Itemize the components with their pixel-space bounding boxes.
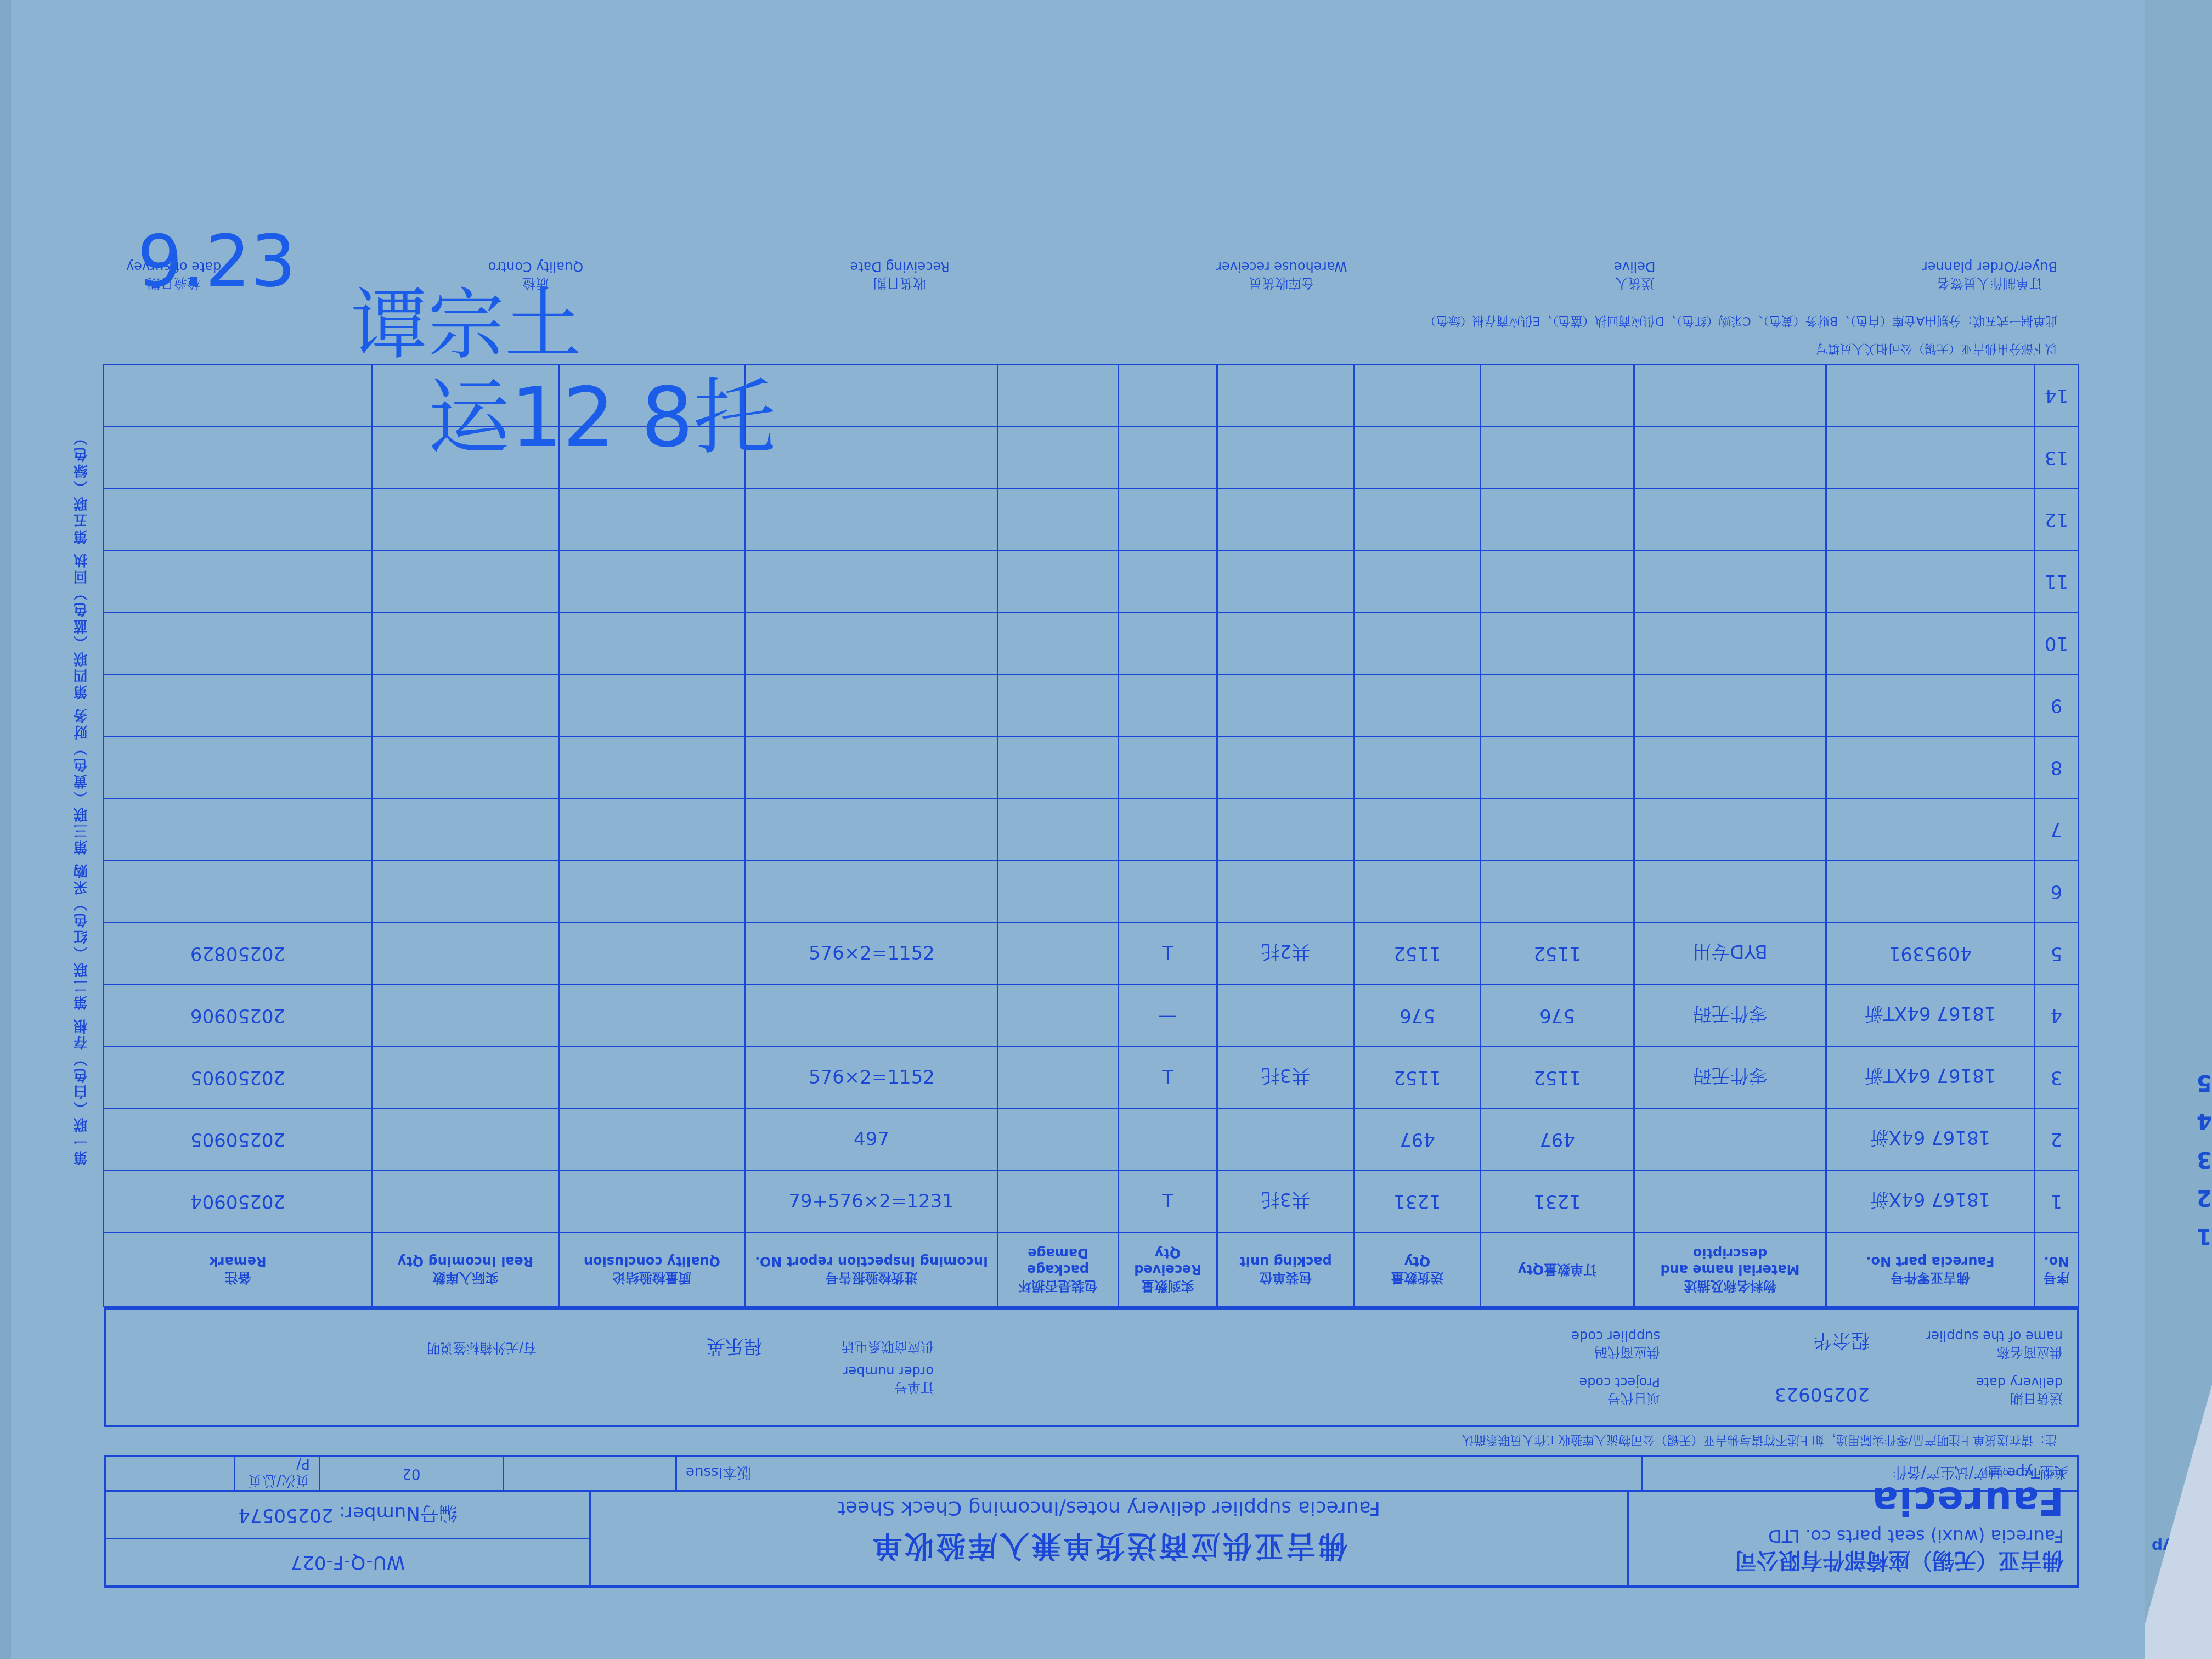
signature-field: 仓库收货员Warehouse receiver	[1216, 258, 1347, 291]
cell-desc: BYD专用	[1634, 923, 1826, 985]
col-damage: 包装是否损坏package Damage	[998, 1233, 1119, 1307]
cell-desc	[1634, 861, 1826, 923]
outer-label-block: 有/无外箱标签说明	[106, 1310, 551, 1425]
cell-order-qty	[1481, 365, 1634, 427]
cell-damage	[998, 737, 1119, 799]
cell-received	[1119, 613, 1217, 675]
cell-quality	[559, 799, 746, 861]
cell-remark: 20250906	[104, 985, 373, 1047]
cell-qty: 1152	[1355, 923, 1481, 985]
cell-remark	[104, 551, 373, 613]
cell-quality	[559, 489, 746, 551]
cell-remark: 20250905	[104, 1109, 373, 1171]
cell-damage	[998, 1047, 1119, 1109]
cell-quality	[559, 613, 746, 675]
cell-unit	[1217, 675, 1355, 737]
cell-real-qty	[373, 985, 559, 1047]
table-row: 13	[104, 427, 2079, 489]
cell-real-qty	[373, 675, 559, 737]
table-row: 6	[104, 861, 2079, 923]
cell-unit	[1217, 551, 1355, 613]
second-sheet-row-number: 2	[2197, 1185, 2212, 1210]
cell-real-qty	[373, 1047, 559, 1109]
cell-report: 576×2=1152	[746, 1047, 998, 1109]
cell-qty	[1355, 551, 1481, 613]
cell-desc	[1634, 1109, 1826, 1171]
cell-desc	[1634, 675, 1826, 737]
cell-quality	[559, 985, 746, 1047]
cell-report	[746, 551, 998, 613]
col-qty: 送货数量Qty	[1355, 1233, 1481, 1307]
handwritten-date: 9.23	[137, 219, 296, 303]
second-sheet-row-number: 1	[2197, 1223, 2212, 1249]
project-code-block: 项目代号 Project code 供应商代码 supplier code	[1404, 1310, 1674, 1425]
cell-remark: 20250904	[104, 1171, 373, 1233]
title-block: 佛吉亚供应商送货单兼入库验收单 Faurecia supplier delive…	[589, 1492, 1627, 1585]
cell-unit: 共3托	[1217, 1171, 1355, 1233]
outer-label-note: 有/无外箱标签说明	[121, 1340, 537, 1356]
cell-quality	[559, 675, 746, 737]
cell-order-qty: 497	[1481, 1109, 1634, 1171]
cell-order-qty	[1481, 427, 1634, 489]
cell-unit	[1217, 985, 1355, 1047]
cell-desc: 零件无碍	[1634, 1047, 1826, 1109]
cell-real-qty	[373, 1171, 559, 1233]
cell-remark: 20250829	[104, 923, 373, 985]
cell-remark	[104, 861, 373, 923]
version-label: 版本Issue	[675, 1457, 1641, 1490]
cell-no: 6	[2035, 861, 2079, 923]
col-packing-unit: 包装单位packing unit	[1217, 1233, 1355, 1307]
cell-order-qty: 1152	[1481, 923, 1634, 985]
cell-damage	[998, 861, 1119, 923]
col-no: 序号No.	[2035, 1233, 2079, 1307]
cell-qty: 497	[1355, 1109, 1481, 1171]
cell-part	[1826, 675, 2035, 737]
cell-part	[1826, 365, 2035, 427]
handwritten-signature: 谭宗土	[351, 263, 582, 374]
cell-real-qty	[373, 1109, 559, 1171]
cell-received	[1119, 427, 1217, 489]
items-table: 序号No. 佛吉亚零件号Faurecia part No. 物料名称及描述Mat…	[103, 364, 2079, 1307]
cell-received: T	[1119, 923, 1217, 985]
cell-unit: 共2托	[1217, 923, 1355, 985]
cell-qty	[1355, 799, 1481, 861]
cell-report: 497	[746, 1109, 998, 1171]
col-report: 进货检验报告号Incoming Inspection report NO.	[746, 1233, 998, 1307]
table-row: 10	[104, 613, 2079, 675]
table-header-row: 序号No. 佛吉亚零件号Faurecia part No. 物料名称及描述Mat…	[104, 1233, 2079, 1307]
supplier-contact-value: 程乐英	[565, 1335, 763, 1362]
cell-report	[746, 985, 998, 1047]
cell-received	[1119, 551, 1217, 613]
cell-damage	[998, 365, 1119, 427]
cell-damage	[998, 613, 1119, 675]
cell-qty	[1355, 365, 1481, 427]
cell-unit	[1217, 1109, 1355, 1171]
cell-qty: 1152	[1355, 1047, 1481, 1109]
cell-real-qty	[373, 861, 559, 923]
delivery-note-paper: 佛吉亚（无锡）座椅部件有限公司 Faurecia (wuxi) seat par…	[11, 0, 2145, 1659]
cell-quality	[559, 861, 746, 923]
cell-unit	[1217, 861, 1355, 923]
cell-received	[1119, 1109, 1217, 1171]
company-name-en: Faurecia (wuxi) seat parts co. LTD	[1642, 1526, 2064, 1547]
cell-part	[1826, 613, 2035, 675]
cell-report	[746, 427, 998, 489]
cell-damage	[998, 923, 1119, 985]
cell-remark	[104, 365, 373, 427]
cell-desc	[1634, 737, 1826, 799]
table-row: 7	[104, 799, 2079, 861]
cell-quality	[559, 1171, 746, 1233]
cell-damage	[998, 1171, 1119, 1233]
cell-damage	[998, 799, 1119, 861]
cell-qty: 576	[1355, 985, 1481, 1047]
supplier-contact-block: 程乐英	[551, 1310, 777, 1425]
cell-damage	[998, 985, 1119, 1047]
cell-qty	[1355, 675, 1481, 737]
cell-order-qty	[1481, 489, 1634, 551]
cell-no: 8	[2035, 737, 2079, 799]
cell-part: 18167 64XT新	[1826, 985, 2035, 1047]
cell-qty	[1355, 489, 1481, 551]
top-note: 注：请在送货单上注明产品/零件实际用途，如上述不符请与佛吉亚（无锡）公司物流入库…	[104, 1427, 2079, 1455]
page-title-en: Faurecia supplier delivery notes/Incomin…	[591, 1497, 1627, 1519]
table-row: 54095391BYD专用11521152共2托T576×2=115220250…	[104, 923, 2079, 985]
table-row: 14	[104, 365, 2079, 427]
delivery-date-block: 20250923 程余华	[1674, 1310, 1884, 1425]
cell-real-qty	[373, 737, 559, 799]
cell-desc	[1634, 799, 1826, 861]
cell-unit	[1217, 365, 1355, 427]
table-row: 218167 64X新49749749720250905	[104, 1109, 2079, 1171]
cell-order-qty	[1481, 551, 1634, 613]
cell-report	[746, 613, 998, 675]
cell-order-qty	[1481, 861, 1634, 923]
cell-part	[1826, 427, 2035, 489]
table-row: 12	[104, 489, 2079, 551]
cell-qty	[1355, 737, 1481, 799]
cell-no: 2	[2035, 1109, 2079, 1171]
cell-no: 4	[2035, 985, 2079, 1047]
supplier-name-value: 程余华	[1689, 1329, 1870, 1356]
cell-order-qty	[1481, 613, 1634, 675]
delivery-form: 佛吉亚（无锡）座椅部件有限公司 Faurecia (wuxi) seat par…	[104, 258, 2079, 1588]
cell-received: T	[1119, 1171, 1217, 1233]
cell-quality	[559, 923, 746, 985]
cell-report: 576×2=1152	[746, 923, 998, 985]
cell-desc	[1634, 1171, 1826, 1233]
form-meta: WU-Q-F-027 编号Number: 20250574	[106, 1492, 589, 1585]
company-name-cn: 佛吉亚（无锡）座椅部件有限公司	[1642, 1547, 2064, 1578]
cell-desc	[1634, 613, 1826, 675]
cell-order-qty	[1481, 737, 1634, 799]
cell-unit	[1217, 737, 1355, 799]
table-row: 11	[104, 551, 2079, 613]
cell-received: —	[1119, 985, 1217, 1047]
cell-received	[1119, 675, 1217, 737]
company-block: 佛吉亚（无锡）座椅部件有限公司 Faurecia (wuxi) seat par…	[1627, 1492, 2077, 1585]
number-label: 编号Number:	[339, 1502, 457, 1528]
cell-real-qty	[373, 799, 559, 861]
second-sheet-row-number: 5	[2197, 1070, 2212, 1095]
cell-no: 14	[2035, 365, 2079, 427]
cell-desc	[1634, 365, 1826, 427]
cell-order-qty: 1231	[1481, 1171, 1634, 1233]
cell-received: T	[1119, 1047, 1217, 1109]
cell-order-qty: 576	[1481, 985, 1634, 1047]
order-number-block: 订单号 order number 供应商联系电话	[777, 1310, 948, 1425]
table-row: 418167 64XT新零件无碍576576—20250906	[104, 985, 2079, 1047]
col-received: 实到数量Received Qty	[1119, 1233, 1217, 1307]
cell-damage	[998, 489, 1119, 551]
col-order-qty: 订单数量Qty	[1481, 1233, 1634, 1307]
supplier-info: 送货日期 delivery date 供应商名称 name of the sup…	[104, 1307, 2079, 1427]
cell-part	[1826, 799, 2035, 861]
cell-part: 18167 64X新	[1826, 1171, 2035, 1233]
col-remark: 备注Remark	[104, 1233, 373, 1307]
form-number: 编号Number: 20250574	[106, 1492, 589, 1540]
cell-report	[746, 861, 998, 923]
cell-quality	[559, 1047, 746, 1109]
cell-real-qty	[373, 551, 559, 613]
col-real-qty: 实际入库数Real Incoming Qty	[373, 1233, 559, 1307]
col-material: 物料名称及描述Material name and descriptio	[1634, 1233, 1826, 1307]
cell-remark: 20250905	[104, 1047, 373, 1109]
cell-report	[746, 675, 998, 737]
cell-received	[1119, 737, 1217, 799]
cell-report: 79+576×2=1231	[746, 1171, 998, 1233]
table-row: 118167 64X新12311231共3托T79+576×2=12312025…	[104, 1171, 2079, 1233]
cell-unit	[1217, 613, 1355, 675]
cell-quality	[559, 737, 746, 799]
cell-part	[1826, 489, 2035, 551]
cell-desc	[1634, 489, 1826, 551]
type-row: 类型Type:量产/试生产/备件 版本Issue 02 页次/总页P/	[104, 1455, 2079, 1490]
number-value: 20250574	[238, 1504, 333, 1526]
cell-no: 9	[2035, 675, 2079, 737]
delivery-date-value: 20250923	[1689, 1384, 1870, 1406]
cell-report	[746, 737, 998, 799]
type-label: 类型Type:量产/试生产/备件	[1641, 1457, 2077, 1490]
cell-report	[746, 799, 998, 861]
cell-no: 11	[2035, 551, 2079, 613]
cell-damage	[998, 427, 1119, 489]
delivery-date-label: 送货日期 delivery date 供应商名称 name of the sup…	[1884, 1310, 2077, 1425]
col-quality: 质量检验结论Quality conclusion	[559, 1233, 746, 1307]
cell-part	[1826, 737, 2035, 799]
cell-order-qty	[1481, 799, 1634, 861]
cell-remark	[104, 799, 373, 861]
second-sheet-row-number: 3	[2197, 1147, 2212, 1172]
cell-part	[1826, 551, 2035, 613]
spacer	[948, 1310, 1404, 1425]
cell-received	[1119, 489, 1217, 551]
cell-remark	[104, 613, 373, 675]
cell-order-qty	[1481, 675, 1634, 737]
col-part-no: 佛吉亚零件号Faurecia part No.	[1826, 1233, 2035, 1307]
cell-received	[1119, 365, 1217, 427]
page-label: 页次/总页P/	[234, 1457, 319, 1490]
table-row: 9	[104, 675, 2079, 737]
cell-received	[1119, 861, 1217, 923]
cell-qty	[1355, 861, 1481, 923]
cell-no: 1	[2035, 1171, 2079, 1233]
cell-order-qty: 1152	[1481, 1047, 1634, 1109]
cell-remark	[104, 737, 373, 799]
form-header: 佛吉亚（无锡）座椅部件有限公司 Faurecia (wuxi) seat par…	[104, 1490, 2079, 1588]
cell-part	[1826, 861, 2035, 923]
table-row: 318167 64XT新零件无碍11521152共3托T576×2=115220…	[104, 1047, 2079, 1109]
cell-unit	[1217, 427, 1355, 489]
cell-unit: 共3托	[1217, 1047, 1355, 1109]
signature-field: 订单制作人员签名Buyer/Order planner	[1922, 258, 2057, 291]
cell-desc	[1634, 551, 1826, 613]
document-upright-frame: 佛吉亚（无锡）座椅部件有限公司 Faurecia (wuxi) seat par…	[11, 0, 2145, 1659]
cell-no: 5	[2035, 923, 2079, 985]
cell-part: 18167 64X新	[1826, 1109, 2035, 1171]
page-title: 佛吉亚供应商送货单兼入库验收单	[591, 1527, 1627, 1569]
cell-no: 10	[2035, 613, 2079, 675]
cell-unit	[1217, 489, 1355, 551]
cell-no: 7	[2035, 799, 2079, 861]
cell-real-qty	[373, 613, 559, 675]
cell-qty	[1355, 427, 1481, 489]
cell-part: 18167 64XT新	[1826, 1047, 2035, 1109]
cell-remark	[104, 427, 373, 489]
cell-damage	[998, 675, 1119, 737]
cell-quality	[559, 1109, 746, 1171]
cell-part: 4095391	[1826, 923, 2035, 985]
cell-report	[746, 365, 998, 427]
cell-unit	[1217, 799, 1355, 861]
cell-no: 3	[2035, 1047, 2079, 1109]
cell-damage	[998, 1109, 1119, 1171]
cell-remark	[104, 489, 373, 551]
cell-real-qty	[373, 923, 559, 985]
signature-field: 送货人Delive	[1614, 258, 1656, 291]
cell-qty	[1355, 613, 1481, 675]
signature-field: 收货日期Receiving Date	[850, 258, 949, 291]
cell-received	[1119, 799, 1217, 861]
cell-qty: 1231	[1355, 1171, 1481, 1233]
cell-no: 12	[2035, 489, 2079, 551]
cell-desc	[1634, 427, 1826, 489]
table-row: 8	[104, 737, 2079, 799]
form-code: WU-Q-F-027	[106, 1540, 589, 1586]
cell-remark	[104, 675, 373, 737]
cell-report	[746, 489, 998, 551]
cell-damage	[998, 551, 1119, 613]
side-copy-text: 第一联（白色）存根 第二联（红色）采购 第三联（黄色）财务 第四联（蓝色）回执 …	[71, 429, 93, 1165]
version-value: 02	[319, 1457, 503, 1490]
second-sheet-row-number: 4	[2197, 1108, 2212, 1133]
cell-real-qty	[373, 489, 559, 551]
cell-quality	[559, 551, 746, 613]
cell-desc: 零件无碍	[1634, 985, 1826, 1047]
cell-no: 13	[2035, 427, 2079, 489]
